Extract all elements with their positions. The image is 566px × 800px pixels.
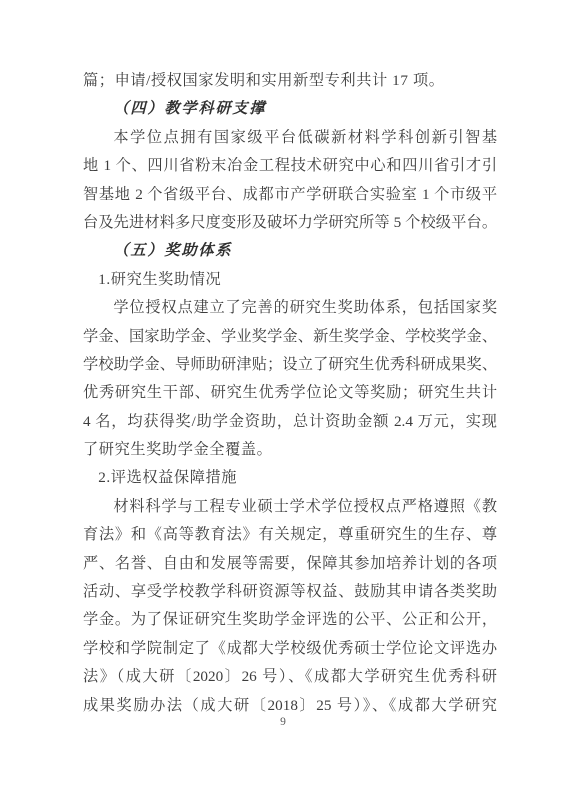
text-line: 篇；申请/授权国家发明和实用新型专利共计 17 项。 <box>83 67 497 95</box>
text-line: 了研究生奖助学金全覆盖。 <box>83 436 497 464</box>
page-number: 9 <box>0 716 566 728</box>
document-page: 篇；申请/授权国家发明和实用新型专利共计 17 项。（四）教学科研支撑本学位点拥… <box>0 0 566 800</box>
text-line: 台及先进材料多尺度变形及破坏力学研究所等 5 个校级平台。 <box>83 209 497 237</box>
page-text-block: 篇；申请/授权国家发明和实用新型专利共计 17 项。（四）教学科研支撑本学位点拥… <box>83 67 497 720</box>
text-line: 本学位点拥有国家级平台低碳新材料学科创新引智基 <box>83 124 497 152</box>
text-line: 严、名誉、自由和发展等需要，保障其参加培养计划的各项 <box>83 550 497 578</box>
text-line: 学金。为了保证研究生奖助学金评选的公平、公正和公开， <box>83 606 497 634</box>
text-line: 1.研究生奖助情况 <box>83 266 497 294</box>
text-line: 法》（成大研〔2020〕26 号）、《成都大学研究生优秀科研 <box>83 663 497 691</box>
section-heading: （五）奖助体系 <box>83 237 497 265</box>
text-line: 4 名，均获得奖/助学金资助，总计资助金额 2.4 万元，实现 <box>83 408 497 436</box>
text-line: 材料科学与工程专业硕士学术学位授权点严格遵照《教 <box>83 493 497 521</box>
text-line: 2.评选权益保障措施 <box>83 464 497 492</box>
text-line: 智基地 2 个省级平台、成都市产学研联合实验室 1 个市级平 <box>83 181 497 209</box>
text-line: 学金、国家助学金、学业奖学金、新生奖学金、学校奖学金、 <box>83 323 497 351</box>
text-line: 优秀研究生干部、研究生优秀学位论文等奖励；研究生共计 <box>83 379 497 407</box>
text-line: 学位授权点建立了完善的研究生奖助体系，包括国家奖 <box>83 294 497 322</box>
text-line: 学校和学院制定了《成都大学校级优秀硕士学位论文评选办 <box>83 635 497 663</box>
text-line: 地 1 个、四川省粉末冶金工程技术研究中心和四川省引才引 <box>83 152 497 180</box>
text-line: 活动、享受学校教学科研资源等权益、鼓励其申请各类奖助 <box>83 578 497 606</box>
text-line: 育法》和《高等教育法》有关规定，尊重研究生的生存、尊 <box>83 521 497 549</box>
section-heading: （四）教学科研支撑 <box>83 95 497 123</box>
text-line: 学校助学金、导师助研津贴；设立了研究生优秀科研成果奖、 <box>83 351 497 379</box>
